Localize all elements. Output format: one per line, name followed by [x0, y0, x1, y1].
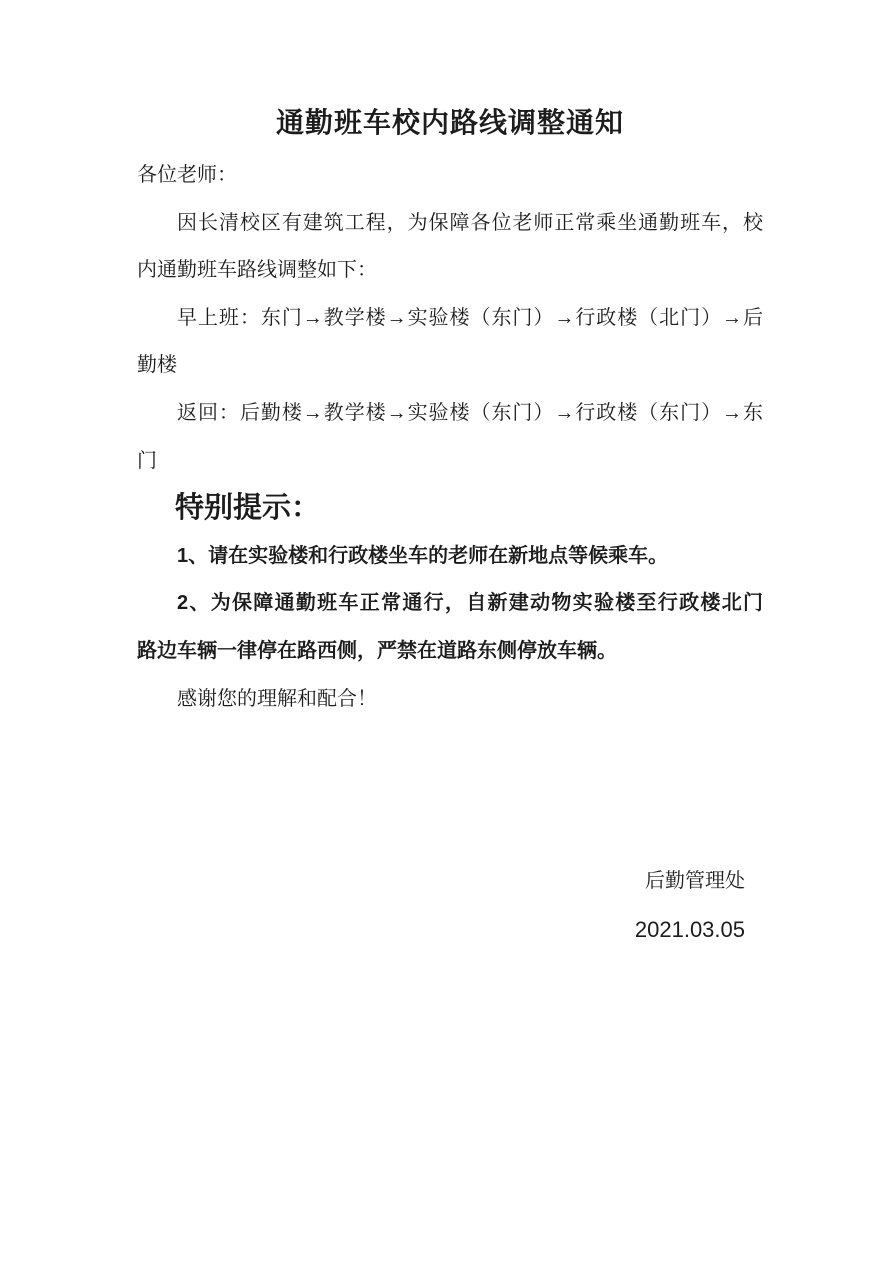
signature-date: 2021.03.05	[137, 906, 763, 954]
signature-block: 后勤管理处 2021.03.05	[137, 858, 763, 953]
notice-document: 通勤班车校内路线调整通知 各位老师： 因长清校区有建筑工程，为保障各位老师正常乘…	[0, 0, 893, 953]
thanks-line: 感谢您的理解和配合！	[137, 676, 763, 724]
route-morning-line-1: 早上班：东门→教学楼→实验楼（东门）→行政楼（北门）→后	[137, 295, 763, 343]
special-notice-item-2-line-1: 2、为保障通勤班车正常通行，自新建动物实验楼至行政楼北门	[137, 580, 763, 628]
signature-org: 后勤管理处	[137, 858, 763, 906]
route-return-line-2: 门	[137, 438, 763, 486]
route-return-line-1: 返回：后勤楼→教学楼→实验楼（东门）→行政楼（东门）→东	[137, 390, 763, 438]
special-notice-item-2-line-2: 路边车辆一律停在路西侧，严禁在道路东侧停放车辆。	[137, 628, 763, 676]
special-notice-heading: 特别提示：	[137, 485, 763, 533]
route-morning-line-2: 勤楼	[137, 342, 763, 390]
notice-title: 通勤班车校内路线调整通知	[137, 94, 763, 152]
intro-line-1: 因长清校区有建筑工程，为保障各位老师正常乘坐通勤班车，校	[137, 200, 763, 248]
special-notice-item-1: 1、请在实验楼和行政楼坐车的老师在新地点等候乘车。	[137, 533, 763, 581]
document-page: 通勤班车校内路线调整通知 各位老师： 因长清校区有建筑工程，为保障各位老师正常乘…	[0, 0, 893, 1263]
intro-line-2: 内通勤班车路线调整如下：	[137, 247, 763, 295]
salutation-line: 各位老师：	[137, 152, 763, 200]
